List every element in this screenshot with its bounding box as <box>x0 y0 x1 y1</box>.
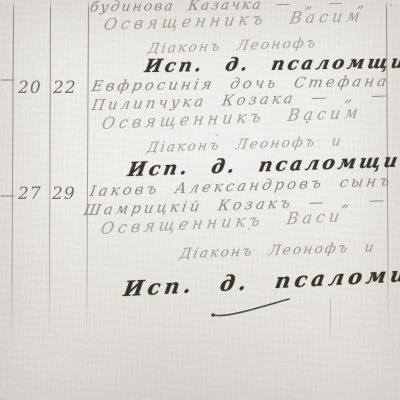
ink-speck <box>216 134 218 136</box>
ink-speck <box>248 228 250 230</box>
baptized-day-cell: 22 <box>53 78 77 98</box>
column-rule-line <box>49 0 51 338</box>
born-day-cell: 27 <box>18 184 42 204</box>
ink-speck <box>306 121 308 123</box>
entry-deacon-line: Діаконъ Леонофъ и <box>179 239 378 262</box>
document-scan-page: будинова Казачка — „ — „ Освященникъ Вас… <box>0 0 400 400</box>
signature-flourish <box>205 294 295 320</box>
born-day-cell: 20 <box>18 78 42 98</box>
column-rule-line <box>11 0 14 352</box>
margin-dash: — <box>0 186 15 204</box>
ink-speck <box>390 4 392 6</box>
column-rule-line <box>86 0 89 344</box>
baptized-day-cell: 29 <box>52 184 76 204</box>
margin-dash: — <box>0 70 15 88</box>
pen-descender-stroke <box>330 299 331 343</box>
